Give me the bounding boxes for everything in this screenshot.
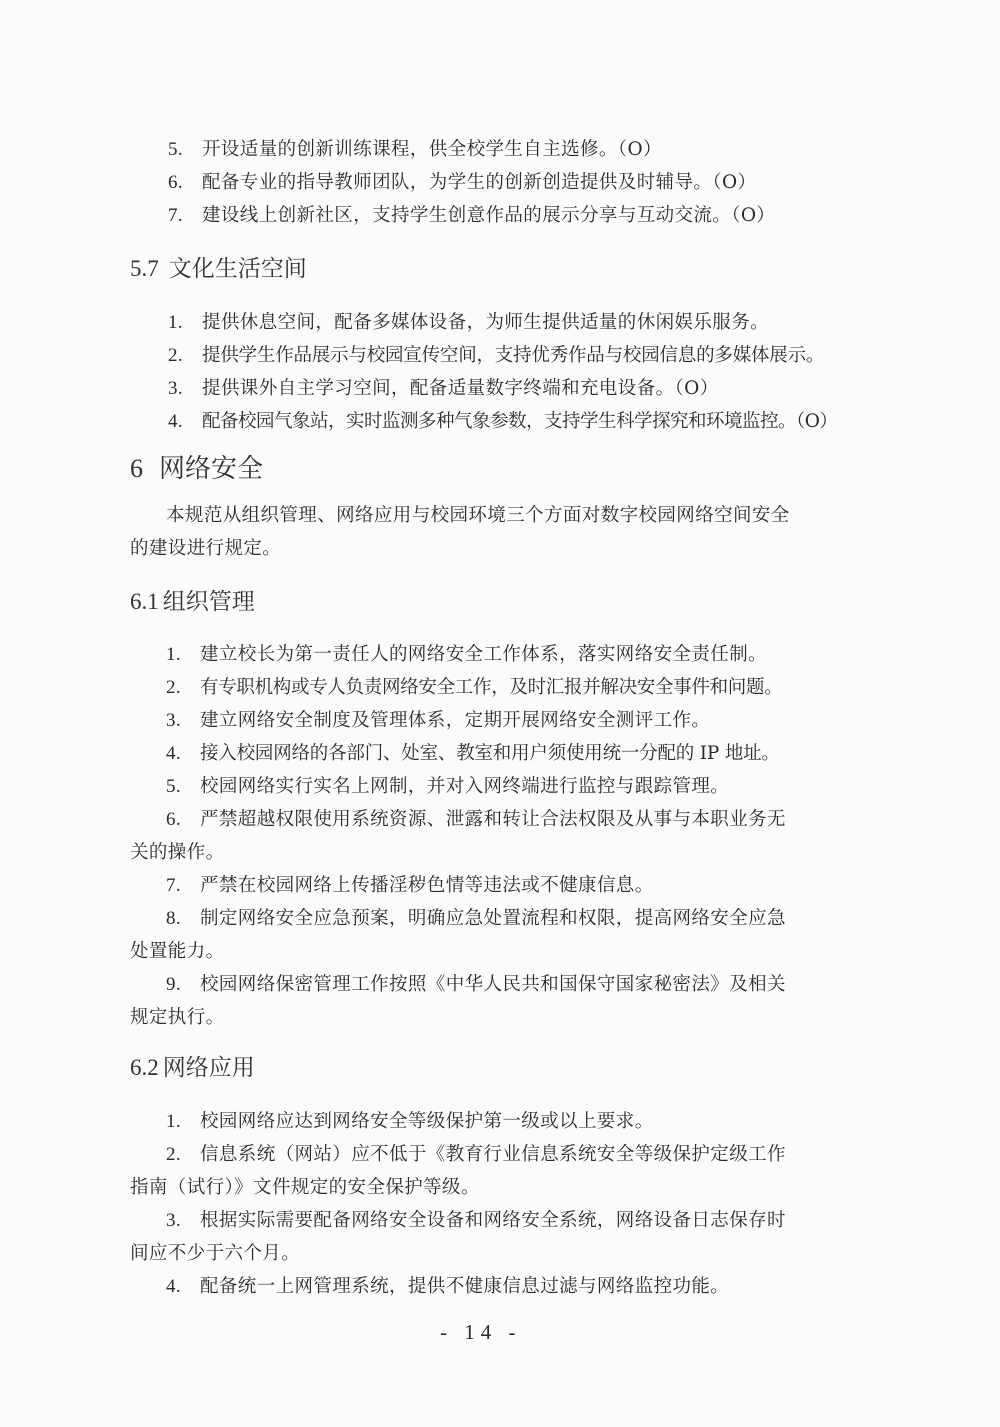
list-item: 3.提供课外自主学习空间，配备适量数字终端和充电设备。（O） (168, 377, 719, 401)
item-number: 3. (166, 1209, 200, 1233)
item-text: 信息系统（网站）应不低于《教育行业信息系统安全等级保护定级工作 (200, 1144, 786, 1165)
item-text: 配备专业的指导教师团队，为学生的创新创造提供及时辅导。（O） (202, 172, 756, 193)
list-item: 1.校园网络应达到网络安全等级保护第一级或以上要求。 (166, 1110, 654, 1134)
item-number: 7. (166, 874, 200, 898)
item-text: 制定网络安全应急预案，明确应急处置流程和权限，提高网络安全应急 (200, 908, 786, 929)
intro-paragraph-line-1: 本规范从组织管理、网络应用与校园环境三个方面对数字校园网络空间安全 (166, 504, 790, 528)
section-title: 文化生活空间 (169, 256, 307, 282)
item-text: 校园网络实行实名上网制，并对入网终端进行监控与跟踪管理。 (200, 776, 729, 797)
list-item-continuation: 规定执行。 (130, 1006, 225, 1030)
chapter-number: 6 (130, 454, 143, 483)
item-number: 4. (166, 742, 200, 766)
item-number: 3. (168, 377, 202, 401)
item-text: 配备校园气象站，实时监测多种气象参数，支持学生科学探究和环境监控。（O） (202, 411, 837, 432)
item-number: 9. (166, 973, 200, 997)
item-text: 建立校长为第一责任人的网络安全工作体系，落实网络安全责任制。 (200, 644, 767, 665)
list-item-continuation: 处置能力。 (130, 940, 225, 964)
item-number: 5. (168, 138, 202, 162)
list-item: 5.校园网络实行实名上网制，并对入网终端进行监控与跟踪管理。 (166, 775, 729, 799)
chapter-heading-6: 6网络安全 (130, 453, 263, 485)
item-text: 严禁超越权限使用系统资源、泄露和转让合法权限及从事与本职业务无 (200, 809, 786, 830)
item-number: 7. (168, 204, 202, 228)
list-item: 6.配备专业的指导教师团队，为学生的创新创造提供及时辅导。（O） (168, 171, 756, 195)
list-item: 9.校园网络保密管理工作按照《中华人民共和国保守国家秘密法》及相关 (166, 973, 786, 997)
list-item: 2.有专职机构或专人负责网络安全工作，及时汇报并解决安全事件和问题。 (166, 676, 782, 700)
item-number: 1. (166, 643, 200, 667)
section-number: 6.2 (130, 1055, 159, 1080)
item-number: 4. (166, 1275, 200, 1299)
item-number: 1. (166, 1110, 200, 1134)
page-number: - 14 - (440, 1320, 522, 1345)
section-number: 6.1 (130, 589, 159, 614)
item-text: 配备统一上网管理系统，提供不健康信息过滤与网络监控功能。 (200, 1276, 729, 1297)
section-number: 5.7 (130, 256, 159, 281)
list-item: 8.制定网络安全应急预案，明确应急处置流程和权限，提高网络安全应急 (166, 907, 786, 931)
section-title: 网络应用 (163, 1055, 255, 1081)
list-item: 4.配备统一上网管理系统，提供不健康信息过滤与网络监控功能。 (166, 1275, 729, 1299)
item-number: 2. (166, 1143, 200, 1167)
list-item: 4.接入校园网络的各部门、处室、教室和用户须使用统一分配的 IP 地址。 (166, 742, 780, 766)
item-number: 8. (166, 907, 200, 931)
section-heading-6-1: 6.1组织管理 (130, 587, 255, 617)
item-text: 提供学生作品展示与校园宣传空间，支持优秀作品与校园信息的多媒体展示。 (202, 345, 824, 366)
item-text: 根据实际需要配备网络安全设备和网络安全系统，网络设备日志保存时 (200, 1210, 786, 1231)
item-number: 5. (166, 775, 200, 799)
item-text: 提供课外自主学习空间，配备适量数字终端和充电设备。（O） (202, 378, 719, 399)
section-title: 组织管理 (163, 589, 255, 615)
list-item: 2.信息系统（网站）应不低于《教育行业信息系统安全等级保护定级工作 (166, 1143, 786, 1167)
item-number: 2. (168, 344, 202, 368)
list-item: 1.建立校长为第一责任人的网络安全工作体系，落实网络安全责任制。 (166, 643, 767, 667)
list-item: 3.建立网络安全制度及管理体系，定期开展网络安全测评工作。 (166, 709, 710, 733)
item-text: 严禁在校园网络上传播淫秽色情等违法或不健康信息。 (200, 875, 654, 896)
section-heading-5-7: 5.7文化生活空间 (130, 254, 307, 284)
item-number: 3. (166, 709, 200, 733)
item-number: 6. (166, 808, 200, 832)
item-number: 6. (168, 171, 202, 195)
item-text: 建立网络安全制度及管理体系，定期开展网络安全测评工作。 (200, 710, 710, 731)
list-item-continuation: 间应不少于六个月。 (130, 1242, 300, 1266)
item-text: 校园网络保密管理工作按照《中华人民共和国保守国家秘密法》及相关 (200, 974, 786, 995)
list-item: 7.严禁在校园网络上传播淫秽色情等违法或不健康信息。 (166, 874, 654, 898)
section-heading-6-2: 6.2网络应用 (130, 1053, 255, 1083)
list-item: 1.提供休息空间，配备多媒体设备，为师生提供适量的休闲娱乐服务。 (168, 311, 769, 335)
item-text: 校园网络应达到网络安全等级保护第一级或以上要求。 (200, 1111, 654, 1132)
list-item: 7.建设线上创新社区，支持学生创意作品的展示分享与互动交流。（O） (168, 204, 775, 228)
item-number: 2. (166, 676, 200, 700)
item-text: 建设线上创新社区，支持学生创意作品的展示分享与互动交流。（O） (202, 205, 775, 226)
list-item: 5.开设适量的创新训练课程，供全校学生自主选修。（O） (168, 138, 662, 162)
list-item: 2.提供学生作品展示与校园宣传空间，支持优秀作品与校园信息的多媒体展示。 (168, 344, 824, 368)
item-text: 接入校园网络的各部门、处室、教室和用户须使用统一分配的 IP 地址。 (200, 743, 780, 764)
intro-paragraph-line-2: 的建设进行规定。 (130, 537, 281, 561)
list-item-continuation: 指南（试行）》文件规定的安全保护等级。 (130, 1176, 480, 1200)
document-page: 5.开设适量的创新训练课程，供全校学生自主选修。（O） 6.配备专业的指导教师团… (0, 0, 1000, 1427)
item-text: 有专职机构或专人负责网络安全工作，及时汇报并解决安全事件和问题。 (200, 677, 782, 698)
chapter-title: 网络安全 (159, 454, 263, 484)
list-item: 4.配备校园气象站，实时监测多种气象参数，支持学生科学探究和环境监控。（O） (168, 410, 837, 434)
item-text: 提供休息空间，配备多媒体设备，为师生提供适量的休闲娱乐服务。 (202, 312, 769, 333)
item-number: 4. (168, 410, 202, 434)
list-item-continuation: 关的操作。 (130, 841, 225, 865)
item-number: 1. (168, 311, 202, 335)
list-item: 6.严禁超越权限使用系统资源、泄露和转让合法权限及从事与本职业务无 (166, 808, 786, 832)
item-text: 开设适量的创新训练课程，供全校学生自主选修。（O） (202, 139, 662, 160)
list-item: 3.根据实际需要配备网络安全设备和网络安全系统，网络设备日志保存时 (166, 1209, 786, 1233)
